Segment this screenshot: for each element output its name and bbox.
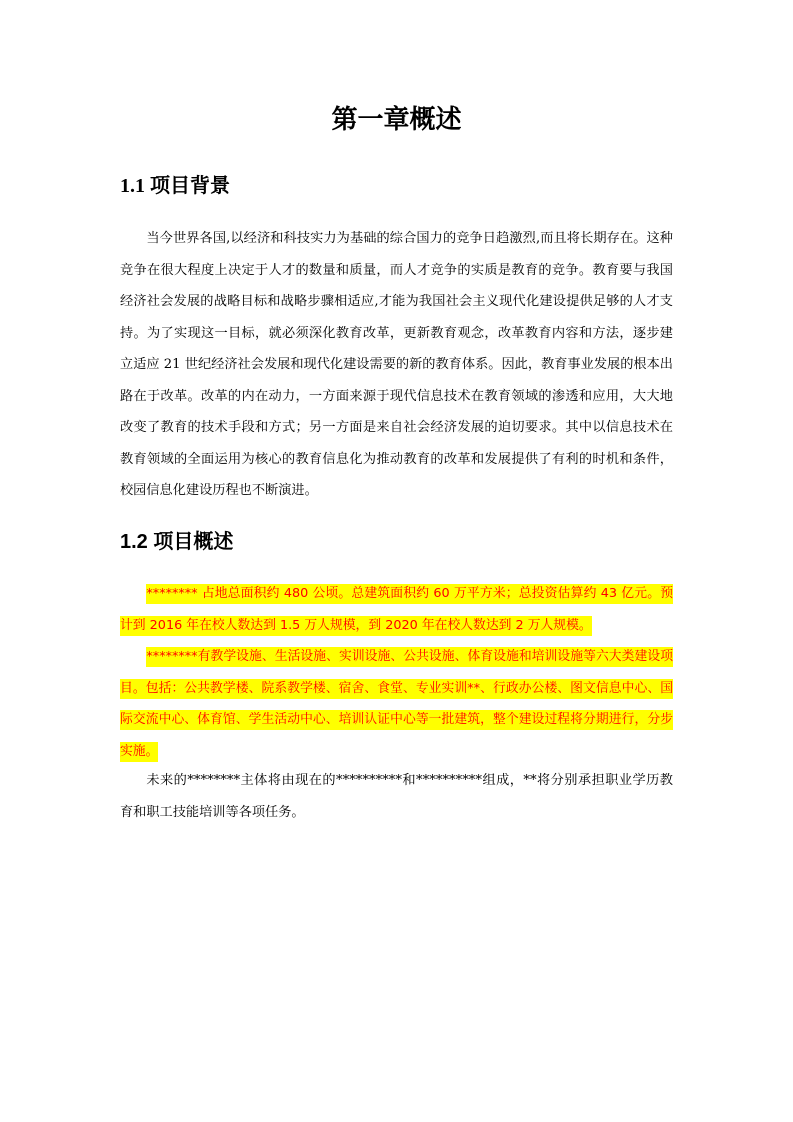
paragraph-overview-scale: ******** 占地总面积约 480 公顷。总建筑面积约 60 万平方米；总投… (120, 578, 673, 641)
paragraph-overview-facilities: ********有教学设施、生活设施、实训设施、公共设施、体育设施和培训设施等六… (120, 641, 673, 767)
paragraph-background: 当今世界各国,以经济和科技实力为基础的综合国力的竞争日趋激烈,而且将长期存在。这… (120, 223, 673, 507)
chapter-title: 第一章概述 (120, 102, 673, 138)
section-heading-overview: 1.2 项目概述 (120, 528, 233, 556)
paragraph-overview-future: 未来的********主体将由现在的**********和**********组… (120, 765, 673, 828)
highlighted-text: ******** 占地总面积约 480 公顷。总建筑面积约 60 万平方米；总投… (120, 584, 673, 636)
highlighted-text: ********有教学设施、生活设施、实训设施、公共设施、体育设施和培训设施等六… (120, 647, 673, 762)
section-heading-background: 1.1 项目背景 (120, 172, 230, 200)
